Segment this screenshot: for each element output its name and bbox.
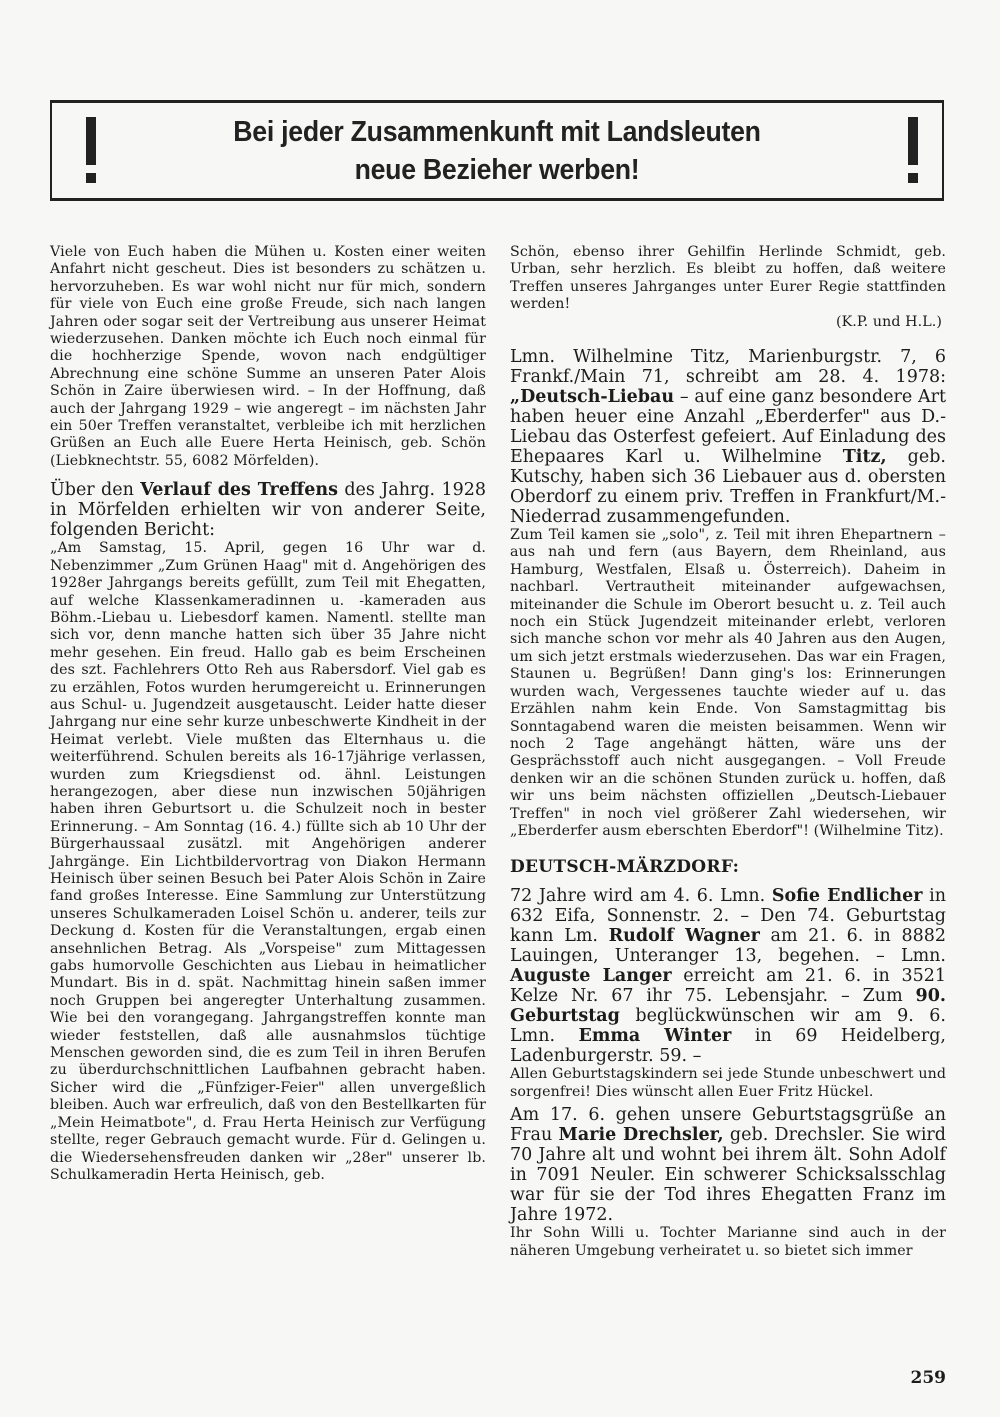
- drechsler-paragraph: Am 17. 6. gehen unsere Geburtstagsgrüße …: [510, 1105, 946, 1225]
- titz-body: Zum Teil kamen sie „solo", z. Teil mit i…: [510, 527, 946, 840]
- section-heading: DEUTSCH-MÄRZDORF:: [510, 856, 946, 878]
- intro-paragraph: Viele von Euch haben die Mühen u. Kosten…: [50, 244, 486, 470]
- titz-intro: Lmn. Wilhelmine Titz, Marienburgstr. 7, …: [510, 347, 946, 387]
- exclamation-icon: [86, 117, 98, 187]
- bday-name: Sofie Endlicher: [772, 886, 923, 906]
- titz-letter-lead: Lmn. Wilhelmine Titz, Marienburgstr. 7, …: [510, 347, 946, 527]
- banner-line-1: Bei jeder Zusammenkunft mit Landsleuten: [143, 113, 851, 151]
- report-body: „Am Samstag, 15. April, gegen 16 Uhr war…: [50, 540, 486, 1184]
- birthday-list: 72 Jahre wird am 4. 6. Lmn. Sofie Endlic…: [510, 886, 946, 1066]
- left-column: Viele von Euch haben die Mühen u. Kosten…: [50, 244, 486, 1184]
- report-end-text: Schön, ebenso ihrer Gehilfin Herlinde Sc…: [510, 244, 946, 312]
- drechsler-tail: Ihr Sohn Willi u. Tochter Marianne sind …: [510, 1225, 946, 1260]
- bday-name: Rudolf Wagner: [609, 926, 760, 946]
- birthday-wish: Allen Geburtstagskindern sei jede Stunde…: [510, 1066, 946, 1101]
- page-number: 259: [911, 1368, 947, 1388]
- report-lead-bold: Verlauf des Treffens: [140, 480, 338, 500]
- bday-name: Emma Winter: [579, 1026, 732, 1046]
- banner-title: Bei jeder Zusammenkunft mit Landsleuten …: [143, 113, 851, 189]
- report-end: Schön, ebenso ihrer Gehilfin Herlinde Sc…: [510, 244, 946, 314]
- titz-bold-place: „Deutsch-Liebau: [510, 387, 674, 407]
- report-lead-text: Über den: [50, 480, 140, 500]
- subscriber-banner: Bei jeder Zusammenkunft mit Landsleuten …: [50, 100, 944, 201]
- report-signature: (K.P. und H.L.): [836, 314, 946, 331]
- titz-bold-name: Titz,: [843, 447, 887, 467]
- report-lead: Über den Verlauf des Treffens des Jahrg.…: [50, 480, 486, 540]
- right-column: Schön, ebenso ihrer Gehilfin Herlinde Sc…: [510, 244, 946, 1260]
- banner-line-2: neue Bezieher werben!: [143, 151, 851, 189]
- exclamation-icon: [908, 117, 920, 187]
- drechsler-name: Marie Drechsler,: [559, 1125, 724, 1145]
- report-signature-row: finden werden! (K.P. und H.L.): [510, 314, 946, 331]
- bday-name: Auguste Langer: [510, 966, 672, 986]
- bday-text: 72 Jahre wird am 4. 6. Lmn.: [510, 886, 772, 906]
